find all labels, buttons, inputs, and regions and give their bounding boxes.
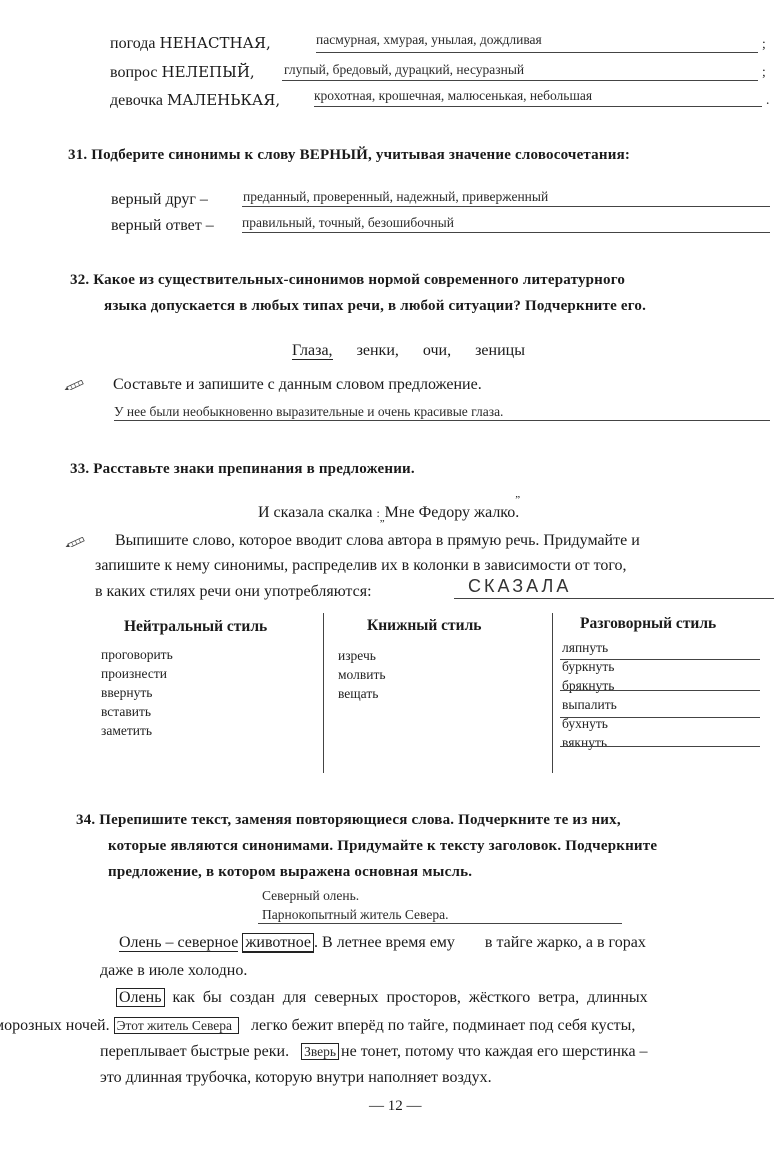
punct: ; xyxy=(762,36,766,52)
sentence-part: Мне Федору жалко xyxy=(385,504,516,521)
list-row: вопрос НЕЛЕПЫЙ, xyxy=(110,63,255,82)
answer-text: глупый, бредовый, дурацкий, несуразный xyxy=(284,62,524,78)
list-item: изречь xyxy=(338,646,386,665)
handwritten-quote: ” xyxy=(515,494,520,506)
row-prefix: вопрос xyxy=(110,64,162,81)
instruction-line1: Выпишите слово, которое вводит слова авт… xyxy=(115,532,640,550)
text: в тайге жарко, а в горах xyxy=(485,934,646,951)
heading-answer: Парнокопытный житель Севера. xyxy=(262,907,448,923)
answer-text: пасмурная, хмурая, унылая, дождливая xyxy=(316,32,542,48)
list-item: вставить xyxy=(101,702,173,721)
task-title-line2: которые являются синонимами. Придумайте … xyxy=(108,838,657,855)
column-header: Нейтральный стиль xyxy=(124,618,267,636)
heading-answer: Северный олень. xyxy=(262,888,359,904)
answer-text: правильный, точный, безошибочный xyxy=(242,215,454,231)
task-title-line3: предложение, в котором выражена основная… xyxy=(108,864,472,881)
list-item: молвить xyxy=(338,665,386,684)
list-item: произнести xyxy=(101,664,173,683)
page-number: — 12 — xyxy=(369,1098,422,1115)
list-item: выпалить xyxy=(562,695,617,714)
options: Глаза, зенки, очи, зеницы xyxy=(292,342,525,360)
text: . В летнее время ему xyxy=(314,934,455,951)
list-row: погода НЕНАСТНАЯ, xyxy=(110,34,271,53)
column-neutral: проговорить произнести ввернуть вставить… xyxy=(101,645,173,740)
row-word: НЕЛЕПЫЙ, xyxy=(162,63,255,81)
instruction-line2: запишите к нему синонимы, распределив их… xyxy=(95,557,627,575)
text-line: Олень – северное животное. В летнее врем… xyxy=(119,934,646,952)
instruction: Составьте и запишите с данным словом пре… xyxy=(113,376,482,394)
list-item: вещать xyxy=(338,684,386,703)
text: морозных ночей. xyxy=(0,1017,110,1034)
row-label: верный друг – xyxy=(111,191,208,209)
option-underlined: Глаза, xyxy=(292,342,333,360)
list-item: брякнуть xyxy=(562,676,617,695)
option: зенки, xyxy=(357,342,399,359)
row-prefix: погода xyxy=(110,35,160,52)
column-header: Книжный стиль xyxy=(367,617,482,635)
text-line: переплывает быстрые реки. Зверьне тонет,… xyxy=(100,1043,648,1061)
text-line: даже в июле холодно. xyxy=(100,962,247,980)
text: как бы создан для северных просторов, жё… xyxy=(173,989,648,1006)
answer-text: У нее были необыкновенно выразительные и… xyxy=(114,404,503,420)
task-title: 31. Подберите синонимы к слову ВЕРНЫЙ, у… xyxy=(68,147,630,164)
list-item: вякнуть xyxy=(562,733,617,752)
sentence: И сказала скалка :„Мне Федору жалко.” xyxy=(258,494,520,524)
boxed-word: Этот житель Севера xyxy=(114,1017,239,1034)
list-item: заметить xyxy=(101,721,173,740)
pencil-icon xyxy=(63,380,89,390)
column-colloquial: ляпнуть буркнуть брякнуть выпалить бухну… xyxy=(562,638,617,752)
option: очи, xyxy=(423,342,451,359)
handwritten-answer: СКАЗАЛА xyxy=(468,576,571,597)
sentence-part: И сказала скалка xyxy=(258,504,372,521)
text-line: это длинная трубочка, которую внутри нап… xyxy=(100,1069,492,1087)
list-item: ляпнуть xyxy=(562,638,617,657)
punct: ; xyxy=(762,64,766,80)
list-item: проговорить xyxy=(101,645,173,664)
underlined-sentence: Олень – северное xyxy=(119,934,238,952)
text: не тонет, потому что каждая его шерстинк… xyxy=(341,1043,648,1060)
option: зеницы xyxy=(475,342,525,359)
boxed-word: животное xyxy=(242,933,314,953)
row-label: верный ответ – xyxy=(111,217,214,235)
text: переплывает быстрые реки. xyxy=(100,1043,289,1060)
column-header: Разговорный стиль xyxy=(580,615,716,633)
row-word: НЕНАСТНАЯ, xyxy=(160,34,271,52)
task-title-line1: 32. Какое из существительных-синонимов н… xyxy=(70,272,625,289)
period: . xyxy=(515,504,519,521)
list-item: ввернуть xyxy=(101,683,173,702)
row-word: МАЛЕНЬКАЯ, xyxy=(167,91,280,109)
pencil-icon xyxy=(64,537,90,547)
instruction-line3: в каких стилях речи они употребляются: xyxy=(95,583,372,601)
text-line: морозных ночей. Этот житель Севера легко… xyxy=(0,1017,635,1035)
task-title: 33. Расставьте знаки препинания в предло… xyxy=(70,461,415,478)
row-prefix: девочка xyxy=(110,92,167,109)
boxed-word: Зверь xyxy=(301,1043,339,1060)
column-bookish: изречь молвить вещать xyxy=(338,646,386,703)
answer-text: крохотная, крошечная, малюсенькая, небол… xyxy=(314,88,592,104)
list-row: девочка МАЛЕНЬКАЯ, xyxy=(110,91,280,110)
task-title-line1: 34. Перепишите текст, заменяя повторяющи… xyxy=(76,812,621,829)
boxed-word: Олень xyxy=(116,988,165,1007)
text-line: Олень как бы создан для северных простор… xyxy=(116,989,648,1007)
task-title-line2: языка допускается в любых типах речи, в … xyxy=(104,298,646,315)
punct: . xyxy=(766,92,769,108)
answer-text: преданный, проверенный, надежный, привер… xyxy=(243,189,548,205)
text: легко бежит вперёд по тайге, подминает п… xyxy=(251,1017,635,1034)
